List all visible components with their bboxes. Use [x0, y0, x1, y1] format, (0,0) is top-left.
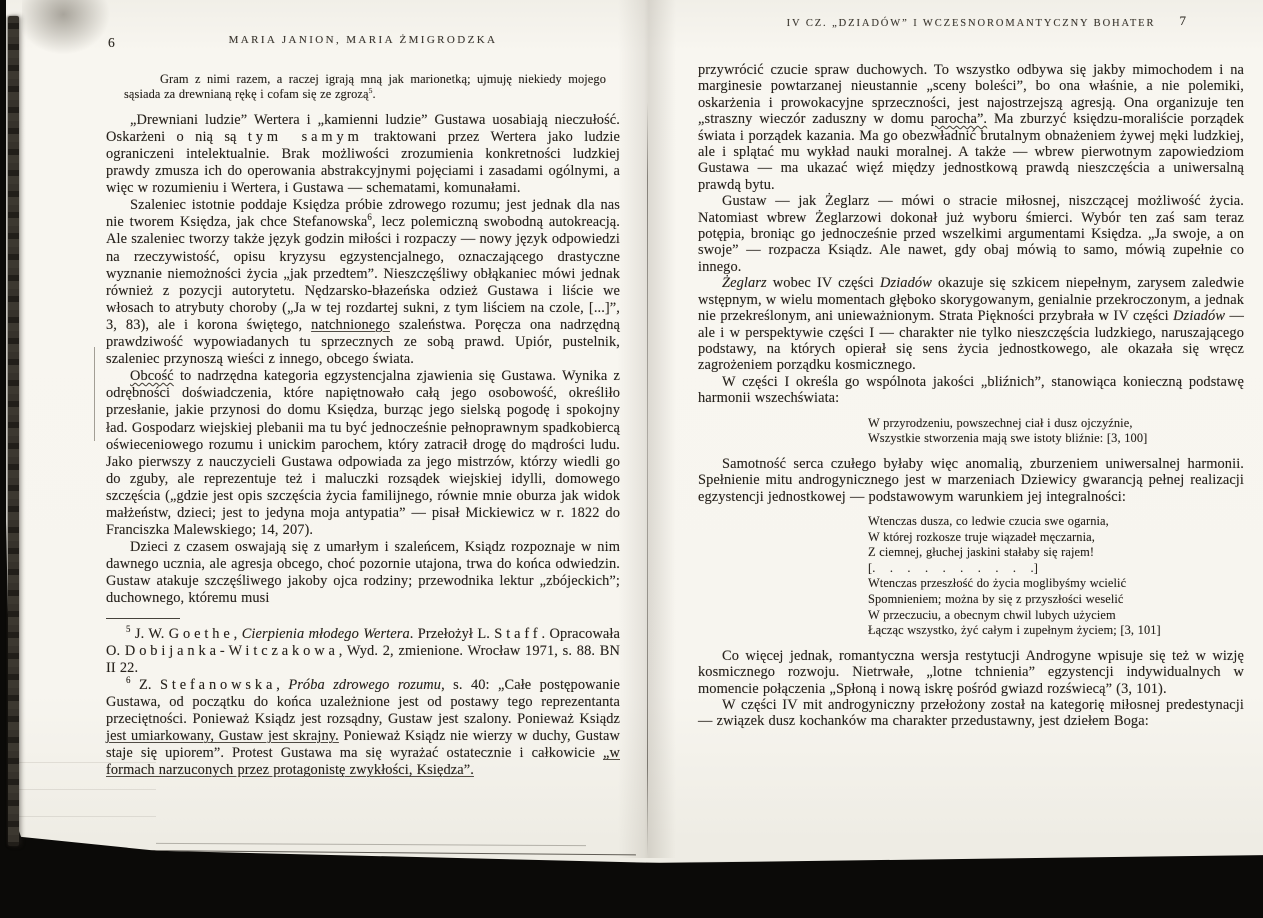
footnote: 5 J. W. Goethe, Cierpienia młodego Werte…: [106, 626, 620, 677]
para: Żeglarz wobec IV części Dziadów okazuje …: [698, 275, 1244, 373]
para-noindent: przywrócić czucie spraw duchowych. To ws…: [698, 62, 1244, 193]
page-edge-line-faint: [156, 843, 586, 846]
running-head-right: IV CZ. „DZIADÓW” I WCZESNOROMANTYCZNY BO…: [698, 18, 1244, 34]
spine-shadow: [8, 16, 19, 846]
verse: Wtenczas dusza, co ledwie czucia swe oga…: [868, 514, 1244, 639]
para: Co więcej jednak, romantyczna wersja res…: [698, 648, 1244, 697]
para: Dzieci z czasem oswajają się z umarłym i…: [106, 539, 620, 607]
book-scan: 6 MARIA JANION, MARIA ŻMIGRODZKA Gram z …: [0, 0, 1263, 918]
scan-smudge-lines: [6, 742, 156, 838]
page-edge-line-left: [91, 850, 636, 856]
left-page-footnotes: 5 J. W. Goethe, Cierpienia młodego Werte…: [106, 626, 620, 780]
page-edge-line-right: [646, 860, 1263, 865]
para: Samotność serca czułego byłaby więc anom…: [698, 456, 1244, 505]
pencil-margin-mark: [94, 347, 95, 441]
paper: 6 MARIA JANION, MARIA ŻMIGRODZKA Gram z …: [6, 0, 1263, 869]
running-header-left-title: MARIA JANION, MARIA ŻMIGRODZKA: [106, 34, 620, 46]
para: Obcość to nadrzędna kategoria egzystencj…: [106, 368, 620, 539]
page-number-right: 7: [1180, 13, 1187, 29]
para: „Drewniani ludzie” Wertera i „kamienni l…: [106, 112, 620, 197]
page-left: 6 MARIA JANION, MARIA ŻMIGRODZKA Gram z …: [106, 34, 620, 779]
footnote: 6 Z. Stefanowska, Próba zdrowego rozumu,…: [106, 677, 620, 780]
running-header-right-title: IV CZ. „DZIADÓW” I WCZESNOROMANTYCZNY BO…: [698, 18, 1244, 29]
para: Szaleniec istotnie poddaje Księdza próbi…: [106, 197, 620, 368]
right-page-text: przywrócić czucie spraw duchowych. To ws…: [698, 62, 1244, 730]
para: W części IV mit androgyniczny przełożony…: [698, 697, 1244, 730]
verse: W przyrodzeniu, powszechnej ciał i dusz …: [868, 416, 1244, 447]
page-right: IV CZ. „DZIADÓW” I WCZESNOROMANTYCZNY BO…: [698, 18, 1244, 730]
gutter-crease: [647, 102, 648, 856]
scan-smudge-top-left: [22, 0, 114, 58]
left-page-text: Gram z nimi razem, a raczej igrają mną j…: [106, 72, 620, 608]
para: Gustaw — jak Żeglarz — mówi o stracie mi…: [698, 193, 1244, 275]
para: W części I określa go wspólnota jakości …: [698, 374, 1244, 407]
footnote-rule: [106, 618, 180, 619]
quote-small: Gram z nimi razem, a raczej igrają mną j…: [124, 72, 606, 103]
running-head-left: 6 MARIA JANION, MARIA ŻMIGRODZKA: [106, 34, 620, 54]
